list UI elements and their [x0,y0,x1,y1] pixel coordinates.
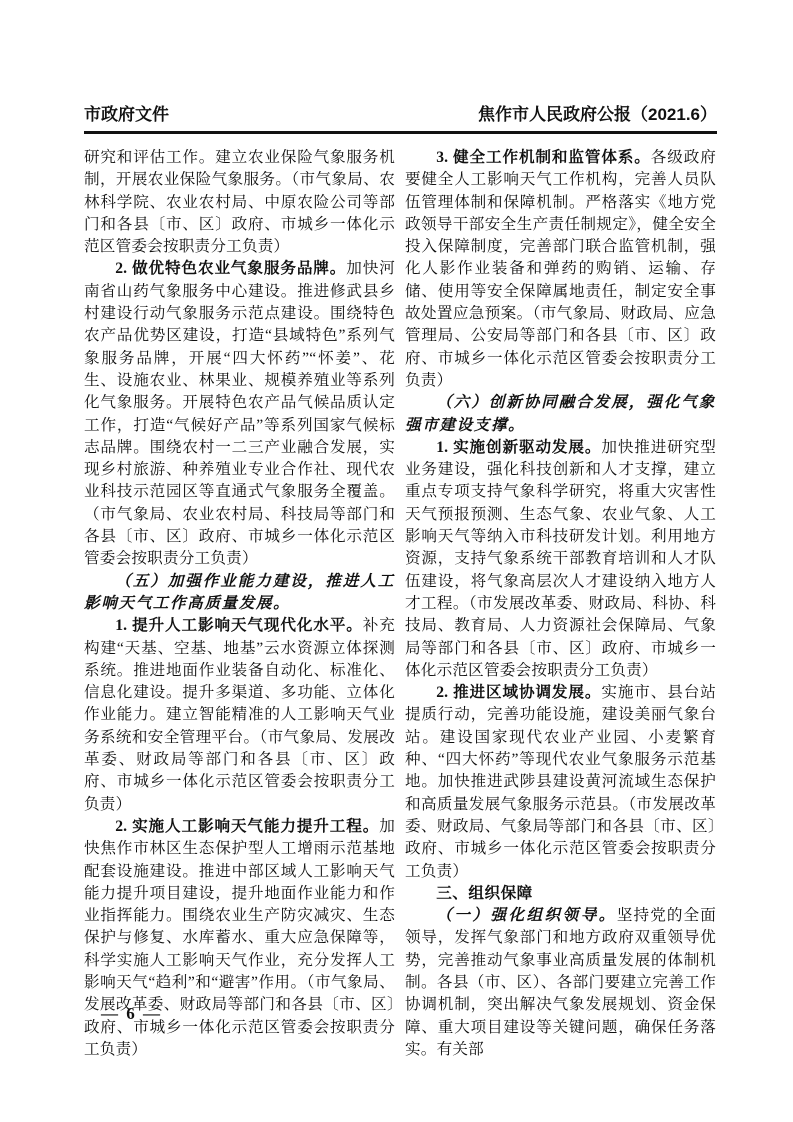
body-paragraph: 1. 提升人工影响天气现代化水平。补充构建“天基、空基、地基”云水资源立体探测系… [84,615,395,816]
paragraph-lead: 2. 做优特色农业气象服务品牌。 [115,260,346,277]
page-header: 市政府文件 焦作市人民政府公报（2021.6） [84,104,717,126]
header-rule [84,131,717,134]
paragraph-lead: 1. 实施创新驱动发展。 [436,439,601,456]
paragraph-lead: 1. 提升人工影响天气现代化水平。 [115,617,363,634]
header-right-label: 焦作市人民政府公报（2021.6） [478,104,717,126]
paragraph-lead: （一）强化组织领导。 [436,907,617,924]
body-paragraph: 2. 推进区域协调发展。实施市、县台站提质行动，完善功能设施，建设美丽气象台站。… [405,682,716,883]
body-paragraph: 研究和评估工作。建立农业保险气象服务机制，开展农业保险气象服务。（市气象局、农林… [84,147,395,258]
paragraph-lead: 三、组织保障 [436,885,533,902]
section-heading: （五）加强作业能力建设，推进人工影响天气工作高质量发展。 [84,571,395,616]
paragraph-lead: 2. 实施人工影响天气能力提升工程。 [115,818,379,835]
section-heading: （六）创新协同融合发展，强化气象强市建设支撑。 [405,392,716,437]
text-columns: 研究和评估工作。建立农业保险气象服务机制，开展农业保险气象服务。（市气象局、农林… [84,147,717,1061]
header-left-label: 市政府文件 [84,104,169,126]
paragraph-lead: （五）加强作业能力建设，推进人工影响天气工作高质量发展。 [84,573,395,612]
body-paragraph: （一）强化组织领导。坚持党的全面领导，发挥气象部门和地方政府双重领导优势，完善推… [405,905,716,1061]
paragraph-lead: 2. 推进区域协调发展。 [436,684,601,701]
left-column: 研究和评估工作。建立农业保险气象服务机制，开展农业保险气象服务。（市气象局、农林… [84,147,395,1061]
document-page: 市政府文件 焦作市人民政府公报（2021.6） 研究和评估工作。建立农业保险气象… [0,0,793,1122]
paragraph-lead: 3. 健全工作机制和监管体系。 [436,149,651,166]
body-paragraph: 2. 做优特色农业气象服务品牌。加快河南省山药气象服务中心建设。推进修武县乡村建… [84,258,395,570]
right-column: 3. 健全工作机制和监管体系。各级政府要健全人工影响天气工作机构，完善人员队伍管… [405,147,716,1061]
body-paragraph: 3. 健全工作机制和监管体系。各级政府要健全人工影响天气工作机构，完善人员队伍管… [405,147,716,392]
page-number: — 6 — [101,1004,162,1024]
section-heading: 三、组织保障 [405,883,716,905]
body-paragraph: 2. 实施人工影响天气能力提升工程。加快焦作市林区生态保护型人工增雨示范基地配套… [84,816,395,1061]
paragraph-lead: （六）创新协同融合发展，强化气象强市建设支撑。 [405,394,716,433]
body-paragraph: 1. 实施创新驱动发展。加快推进研究型业务建设，强化科技创新和人才支撑，建立重点… [405,437,716,682]
